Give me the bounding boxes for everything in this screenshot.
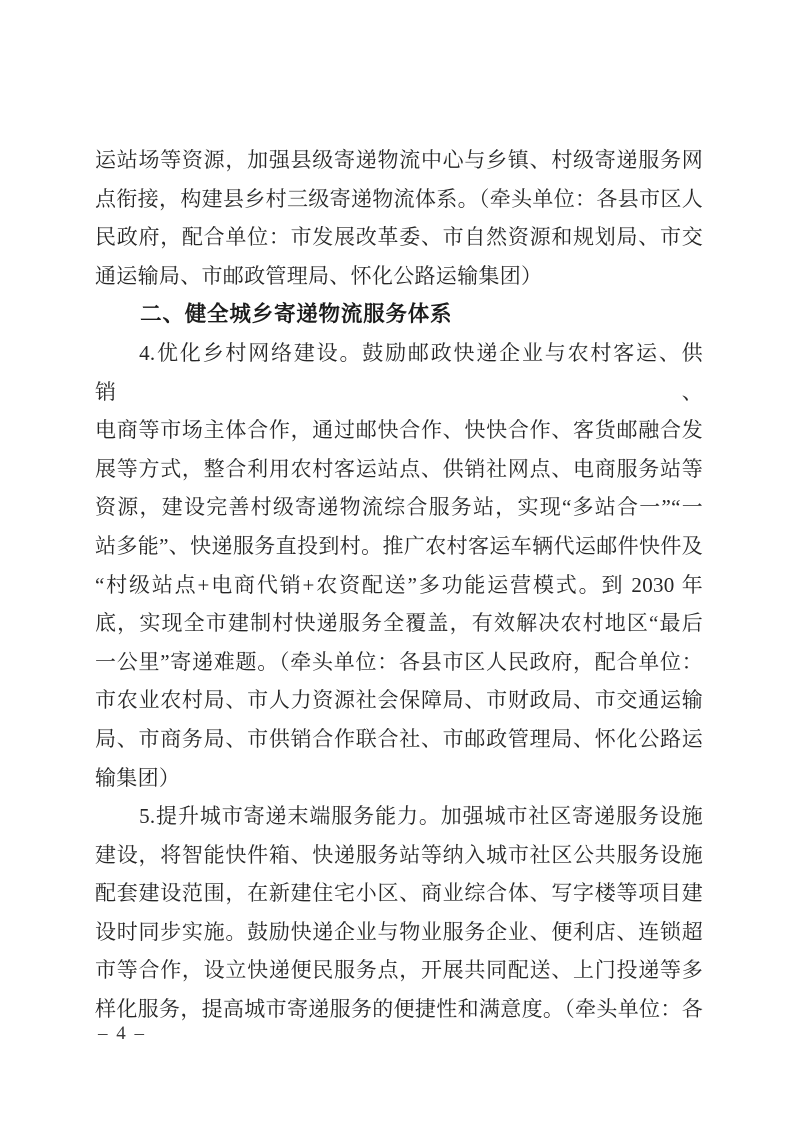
text-line: 资源，建设完善村级寄递物流综合服务站，实现“多站合一”“一 (95, 488, 703, 527)
text-line: 市农业农村局、市人力资源社会保障局、市财政局、市交通运输 (95, 681, 703, 720)
page-number: – 4 – (98, 1023, 146, 1045)
text-line: 电商等市场主体合作，通过邮快合作、快快合作、客货邮融合发 (95, 411, 703, 450)
text-line: 运站场等资源，加强县级寄递物流中心与乡镇、村级寄递服务网 (95, 141, 703, 180)
text-line: 底，实现全市建制村快递服务全覆盖，有效解决农村地区“最后 (95, 604, 703, 643)
text-line: 设时同步实施。鼓励快递企业与物业服务企业、便利店、连锁超 (95, 913, 703, 952)
section-heading: 二、健全城乡寄递物流服务体系 (95, 295, 703, 334)
text-line: 配套建设范围，在新建住宅小区、商业综合体、写字楼等项目建 (95, 874, 703, 913)
text-line: 输集团） (95, 759, 703, 798)
text-line: 一公里”寄递难题。（牵头单位：各县市区人民政府，配合单位： (95, 643, 703, 682)
text-line: 站多能”、快递服务直投到村。推广农村客运车辆代运邮件快件及 (95, 527, 703, 566)
text-line: 建设，将智能快件箱、快递服务站等纳入城市社区公共服务设施 (95, 836, 703, 875)
document-page: 运站场等资源，加强县级寄递物流中心与乡镇、村级寄递服务网 点衔接，构建县乡村三级… (0, 0, 793, 1121)
text-line: 点衔接，构建县乡村三级寄递物流体系。（牵头单位：各县市区人 (95, 180, 703, 219)
text-line: 5.提升城市寄递末端服务能力。加强城市社区寄递服务设施 (95, 797, 703, 836)
text-line: “村级站点+电商代销+农资配送”多功能运营模式。到 2030 年 (95, 566, 703, 605)
text-line: 市等合作，设立快递便民服务点，开展共同配送、上门投递等多 (95, 951, 703, 990)
text-line: 4.优化乡村网络建设。鼓励邮政快递企业与农村客运、供销、 (95, 334, 703, 411)
document-text-block: 运站场等资源，加强县级寄递物流中心与乡镇、村级寄递服务网 点衔接，构建县乡村三级… (95, 141, 703, 1029)
text-line: 样化服务，提高城市寄递服务的便捷性和满意度。（牵头单位：各 (95, 990, 703, 1029)
text-line: 局、市商务局、市供销合作联合社、市邮政管理局、怀化公路运 (95, 720, 703, 759)
text-line: 民政府，配合单位：市发展改革委、市自然资源和规划局、市交 (95, 218, 703, 257)
text-line: 通运输局、市邮政管理局、怀化公路运输集团） (95, 257, 703, 296)
text-line: 展等方式，整合利用农村客运站点、供销社网点、电商服务站等 (95, 450, 703, 489)
